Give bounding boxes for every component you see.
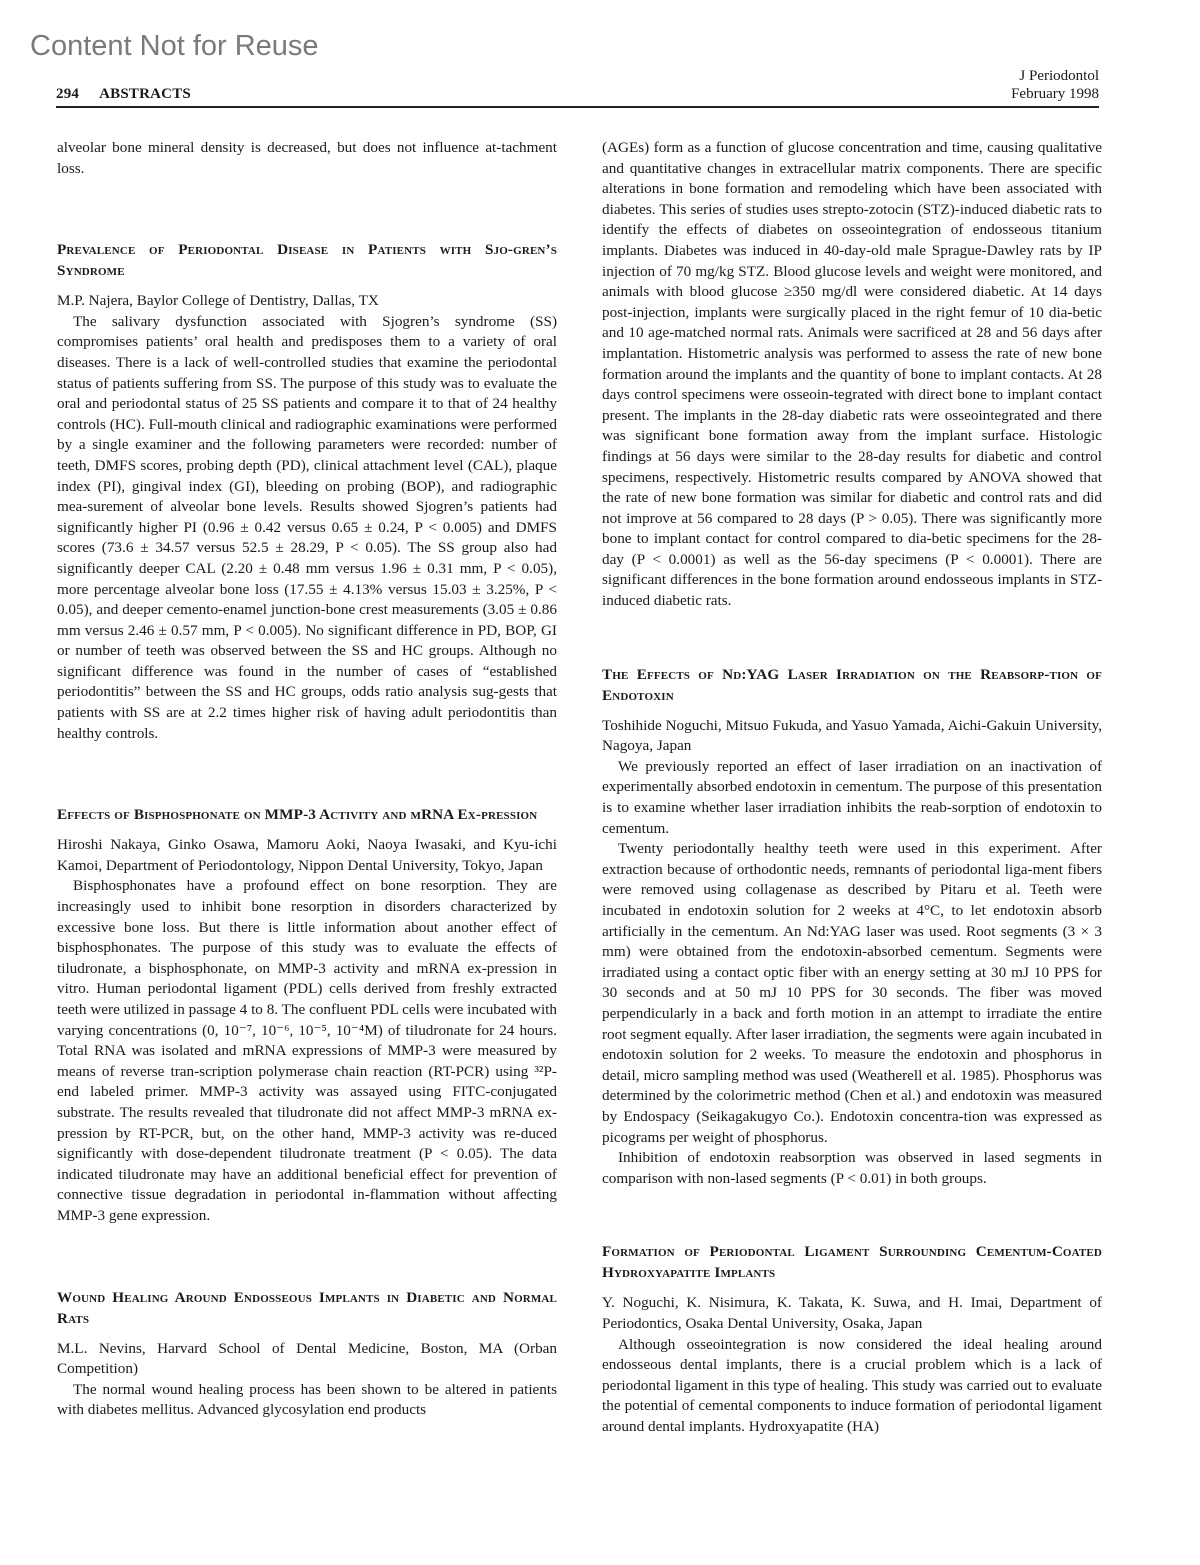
issue-date: February 1998	[1011, 85, 1099, 103]
abstract-title: Wound Healing Around Endosseous Implants…	[57, 1287, 557, 1329]
abstract-authors: M.P. Najera, Baylor College of Dentistry…	[57, 291, 557, 312]
continuation-text: (AGEs) form as a function of glucose con…	[602, 138, 1102, 612]
watermark: Content Not for Reuse	[30, 30, 319, 63]
running-head-right: J Periodontol February 1998	[1011, 67, 1099, 103]
abstract-authors: M.L. Nevins, Harvard School of Dental Me…	[57, 1339, 557, 1380]
abstract-body: The normal wound healing process has bee…	[57, 1380, 557, 1421]
abstract-body: Bisphosphonates have a profound effect o…	[57, 876, 557, 1226]
abstract-periodontal-ligament: Formation of Periodontal Ligament Surrou…	[602, 1241, 1102, 1437]
abstract-wound-healing: Wound Healing Around Endosseous Implants…	[57, 1287, 557, 1421]
abstract-authors: Hiroshi Nakaya, Ginko Osawa, Mamoru Aoki…	[57, 835, 557, 876]
abstract-authors: Toshihide Noguchi, Mitsuo Fukuda, and Ya…	[602, 716, 1102, 757]
section-title: ABSTRACTS	[99, 86, 191, 102]
abstract-body: Although osseointegration is now conside…	[602, 1335, 1102, 1438]
abstract-body: We previously reported an effect of lase…	[602, 757, 1102, 839]
abstract-ndyag-laser: The Effects of Nd:YAG Laser Irradiation …	[602, 664, 1102, 1190]
abstract-title: Formation of Periodontal Ligament Surrou…	[602, 1241, 1102, 1283]
abstract-authors: Y. Noguchi, K. Nisimura, K. Takata, K. S…	[602, 1293, 1102, 1334]
abstract-title: The Effects of Nd:YAG Laser Irradiation …	[602, 664, 1102, 706]
continuation-text: alveolar bone mineral density is decreas…	[57, 138, 557, 179]
abstract-body: The salivary dysfunction associated with…	[57, 312, 557, 744]
running-head: 294ABSTRACTS J Periodontol February 1998	[56, 66, 1099, 108]
journal-name: J Periodontol	[1011, 67, 1099, 85]
abstract-body: Inhibition of endotoxin reabsorption was…	[602, 1148, 1102, 1189]
left-column: alveolar bone mineral density is decreas…	[57, 138, 557, 1421]
running-head-left: 294ABSTRACTS	[56, 86, 191, 103]
abstract-title: Effects of Bisphosphonate on MMP-3 Activ…	[57, 804, 557, 825]
abstract-bisphosphonate: Effects of Bisphosphonate on MMP-3 Activ…	[57, 804, 557, 1226]
abstract-body: Twenty periodontally healthy teeth were …	[602, 839, 1102, 1148]
abstract-title: Prevalence of Periodontal Disease in Pat…	[57, 239, 557, 281]
abstract-sjogren: Prevalence of Periodontal Disease in Pat…	[57, 239, 557, 744]
right-column: (AGEs) form as a function of glucose con…	[602, 138, 1102, 1437]
page-number: 294	[56, 86, 79, 102]
